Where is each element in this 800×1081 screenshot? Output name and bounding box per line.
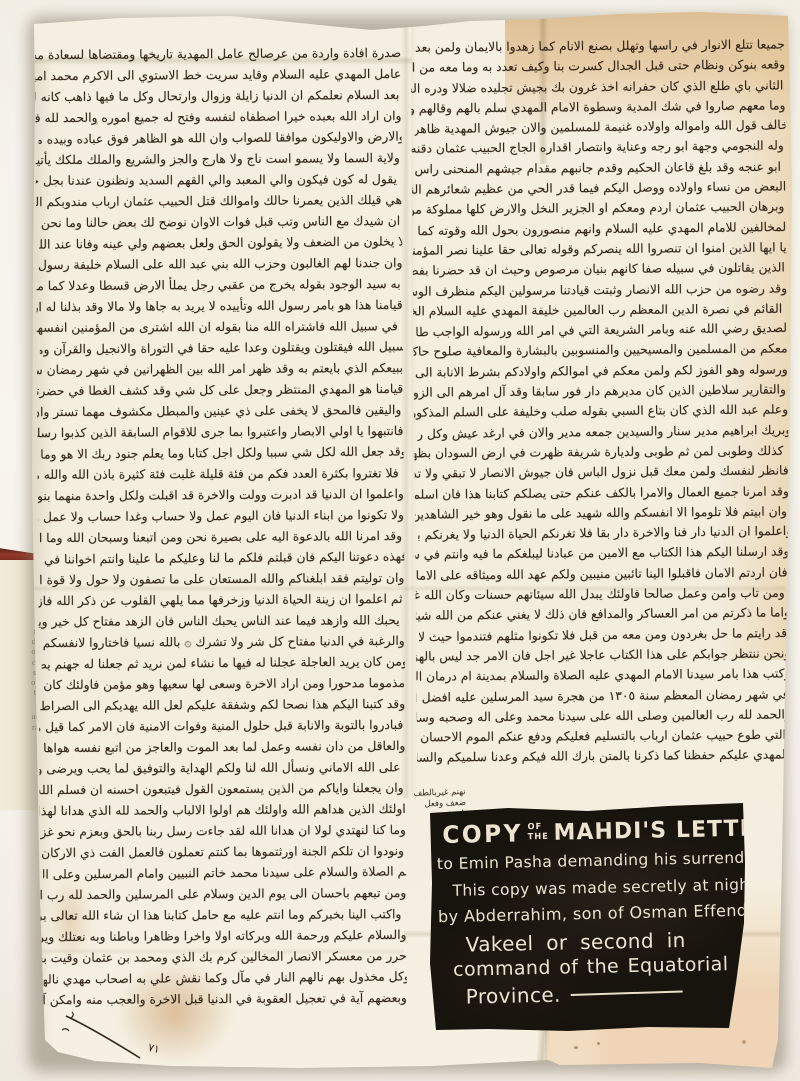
manuscript-line: الذين يقاتلون في سبيله صفا كانهم بنيان م… [411, 258, 785, 282]
manuscript-line: مذموما مدحورا ومن اراد الاخرة وسعى لها س… [39, 673, 405, 696]
manuscript-line: والرغبة في الدنيا مفتاح كل شر ولا تشرك ۞… [39, 631, 405, 654]
manuscript-line: قيامنا هو المهدي المنتظر وجعل على كل شي … [37, 379, 403, 402]
foxing-speck [742, 1040, 746, 1044]
manuscript-line: قيامنا هذا هو بامر رسول الله وتأييده لا … [37, 295, 403, 318]
manuscript-line: الثاني باي طلع الذي كان حفرانه اخذ غرون … [411, 75, 784, 99]
foxing-speck [95, 122, 98, 125]
manuscript-line: وقد جعل الله لكل شي سببا ولكل اجل كتابا … [40, 441, 406, 465]
manuscript-line: وان يجعلنا واياكم من الذين يستمعون القول… [38, 778, 404, 801]
caption-line-5: Vakeel or second in [465, 927, 738, 957]
caption-line-4: by Abderrahim, son of Osman Effendi [438, 901, 738, 926]
arabic-column-right: جميعا تتلع الانوار في راسها وتهلل بصنع ا… [411, 34, 791, 773]
manuscript-line: يحبك الله وازهد فيما عند الناس يحبك النا… [35, 610, 400, 633]
letter-paper: صدرة افادة واردة من عرصالح عامل المهدية … [0, 0, 800, 1081]
stain-bottom-left [110, 955, 240, 1070]
manuscript-line: وان توليتم فقد ابلغناكم والله المستعان ع… [38, 568, 404, 591]
caption-line-3: This copy was made secretly at night [452, 876, 737, 900]
caption-line-2: to Emin Pasha demanding his surrender. [437, 849, 737, 873]
manuscript-line: وقد رايتم ما حل بغردون ومن معه من قبل فل… [419, 622, 791, 647]
manuscript-line: على الله الاماني ونسأل الله لنا ولكم اله… [35, 757, 400, 780]
manuscript-line: ان شيدك مع الناس وتب قبل فوات الاوان نوض… [35, 211, 400, 234]
manuscript-line: يقول له كون فيكون والي المعبد والي القهم… [35, 169, 397, 192]
caption-line-7-text: Province. [465, 983, 561, 1009]
manuscript-line: اولئك الذين هداهم الله واولئك هم اولوا ا… [40, 799, 406, 822]
manuscript-line: ابو عنجه وقد بلغ قاعان الحكيم وقدم جانبه… [411, 157, 781, 180]
manuscript-line: بعد السلام نعلمكم ان الدنيا زايلة وزوال … [35, 85, 399, 108]
manuscript-line: وقد كتبنا اليكم هذا نصحا لكم وشفقة عليكم… [39, 694, 405, 717]
foxing-speck [574, 1046, 578, 1049]
caption-line-6: command of the Equatorial [453, 953, 739, 981]
manuscript-line: فلا تغتروا بكثرة العدد فكم من فئة قليلة … [35, 463, 399, 486]
caption-text: COPY OF THE MAHDI'S LETTER to Emin Pasha… [436, 816, 740, 1009]
caption-title-the: THE [528, 832, 549, 842]
manuscript-line: ومن تاب وامن وعمل صالحا فاولئك يبدل الله… [411, 583, 785, 606]
manuscript-line: واعلموا ان الدنيا قد ادبرت وولت والاخرة … [38, 484, 404, 507]
manuscript-line: وله النجومي وجهة ابو رجه وعناية وانتصار … [411, 136, 784, 160]
manuscript-line: والعاقل من دان نفسه وعمل لما بعد الموت و… [39, 736, 405, 759]
manuscript-line: كذلك وطوبى لمن ثم طوبى ولديارة شريفة ظهر… [411, 441, 784, 464]
manuscript-line: ولا تكونوا من ابناء الدنيا فان اليوم عمل… [38, 505, 404, 528]
manuscript-line: ومن كان يريد العاجلة عجلنا له فيها ما نش… [42, 651, 407, 675]
manuscript-line: المخالفين للامام المهدي عليه السلام وانه… [415, 217, 789, 242]
manuscript-line: وان اراد الله بعبده خيرا اصطفاه لنفسه وف… [35, 106, 401, 129]
manuscript-line: والتقارير سلاطين الذين كان مديرهم دار فو… [412, 379, 786, 403]
manuscript-line: ولاية السما ولا يسمو است ناج ولا هارج وا… [35, 148, 400, 171]
caption-line-7: Province. [465, 979, 739, 1009]
manuscript-line: به سيد الوجود بقوله يخرج من عقبي رجل يمل… [35, 274, 401, 297]
manuscript-line: فانتبهوا يا اولي الابصار واعتبروا بما جر… [37, 421, 403, 444]
manuscript-line: صدرة افادة واردة من عرصالح عامل المهدية … [35, 43, 401, 66]
caption-title-word-mahdis-letter: MAHDI'S LETTER [553, 815, 774, 846]
caption-title-of-the: OF THE [527, 823, 548, 842]
stain-left-edge [40, 860, 100, 980]
manuscript-line: فبادروا بالتوبة والانابة قبل حلول المنية… [37, 715, 403, 738]
manuscript-line: في سبيل الله فاشتراه الله منا بقوله ان ا… [35, 316, 398, 339]
foxing-speck [597, 1042, 600, 1045]
manuscript-line: ثم اعلموا ان زينة الحياة الدنيا وزخرفها … [36, 589, 402, 612]
manuscript-line: وان جندنا لهم الغالبون وحزب الله بني عبد… [36, 253, 402, 276]
photo-of-mahdi-letter: { "book_behind": { "cover_color": "#9338… [0, 0, 800, 1081]
foxing-speck [757, 148, 761, 151]
manuscript-line: فهذه دعوتنا اليكم فان قبلتم فلكم ما لنا … [41, 546, 407, 570]
manuscript-line: في شهر رمضان المعظم سنة ١٣٠٥ من هجرة سيد… [414, 684, 788, 708]
manuscript-line: هي قيلك الذين يعمرنا حالك واموالك قتل ال… [36, 190, 402, 213]
manuscript-line: المهدي عليكم حفظنا كما ذكرنا بالمتن بارك… [415, 745, 789, 769]
manuscript-line: وقد امرنا الله بالدعوة اليه على بصيرة نح… [36, 526, 402, 549]
manuscript-line: والارض والاوليكون موافقا للصواب وان الله… [39, 126, 405, 150]
caption-title: COPY OF THE MAHDI'S LETTER [442, 816, 728, 848]
manuscript-line: عامل المهدي عليه السلام وقايد سريت خط ال… [35, 64, 401, 87]
manuscript-line: سبيل الله فيقتلون ويقتلون وعدا عليه حقا … [40, 336, 406, 360]
manuscript-line: واليقين فالمحق لا يخفى على ذي عينين والم… [35, 400, 401, 423]
manuscript-line: ببيعكم الذي بايعتم به وقد ظهر امر الله ب… [37, 358, 403, 381]
caption-title-word-copy: COPY [442, 820, 523, 848]
manuscript-line: وما كنا لنهتدي لولا ان هدانا الله لقد جا… [40, 820, 406, 843]
manuscript-line: لا يخلون من الضعف ولا يقولون الحق ولعل ب… [39, 231, 405, 255]
caption-underline-dash [571, 990, 683, 996]
manuscript-line: وقد رضوه من حزب الله الانصار وثبتت قيادت… [413, 278, 787, 302]
caption-box: COPY OF THE MAHDI'S LETTER to Emin Pasha… [428, 803, 746, 1033]
